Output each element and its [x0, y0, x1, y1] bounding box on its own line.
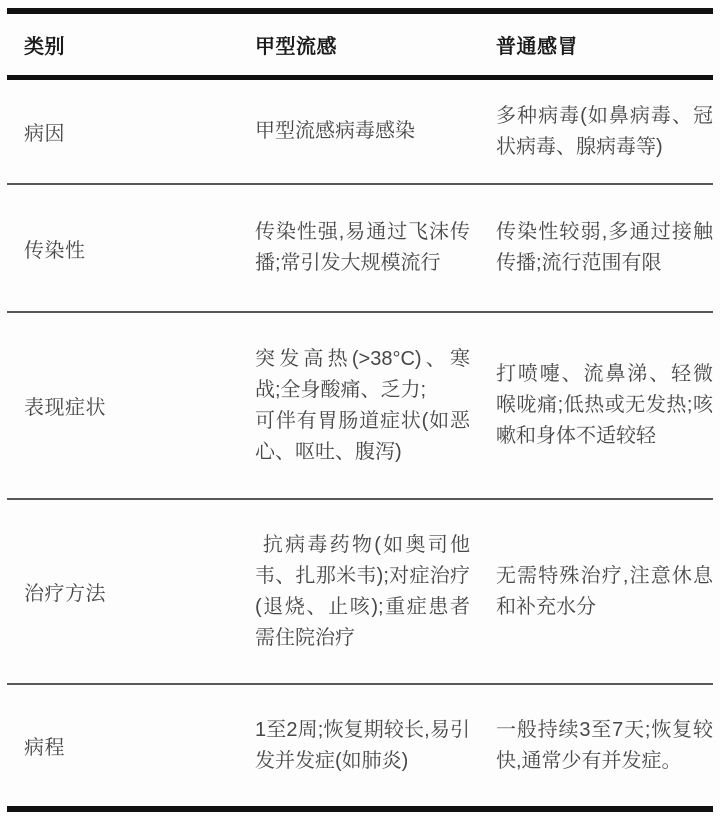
header-influenza-a: 甲型流感	[255, 30, 489, 59]
row-label-symptoms: 表现症状	[7, 391, 255, 420]
influenza-a-infectivity-cell: 传染性强,易通过飞沫传播;常引发大规模流行	[255, 217, 489, 279]
table-row-infectivity: 传染性 传染性强,易通过飞沫传播;常引发大规模流行 传染性较弱,多通过接触传播;…	[7, 185, 713, 313]
common-cold-symptoms-cell: 打喷嚏、流鼻涕、轻微喉咙痛;低热或无发热;咳嗽和身体不适较轻	[489, 359, 713, 452]
common-cold-treatment-cell: 无需特殊治疗,注意休息和补充水分	[489, 561, 713, 623]
common-cold-duration-cell: 一般持续3至7天;恢复较快,通常少有并发症。	[489, 715, 713, 777]
table-body: 病因 甲型流感病毒感染 多种病毒(如鼻病毒、冠状病毒、腺病毒等) 传染性 传染性…	[7, 80, 713, 812]
flu-vs-cold-comparison-table: 类别 甲型流感 普通感冒 病因 甲型流感病毒感染 多种病毒(如鼻病毒、冠状病毒、…	[7, 8, 713, 812]
table-row-duration: 病程 1至2周;恢复期较长,易引发并发症(如肺炎) 一般持续3至7天;恢复较快,…	[7, 685, 713, 806]
comparison-page: 类别 甲型流感 普通感冒 病因 甲型流感病毒感染 多种病毒(如鼻病毒、冠状病毒、…	[0, 8, 720, 812]
row-label-infectivity: 传染性	[7, 234, 255, 263]
common-cold-cause-cell: 多种病毒(如鼻病毒、冠状病毒、腺病毒等)	[489, 101, 713, 163]
row-label-cause: 病因	[7, 117, 255, 146]
table-row-symptoms: 表现症状 突发高热(>38°C)、寒战;全身酸痛、乏力; 可伴有胃肠道症状(如恶…	[7, 313, 713, 500]
influenza-a-duration-cell: 1至2周;恢复期较长,易引发并发症(如肺炎)	[255, 715, 489, 777]
row-label-treatment: 治疗方法	[7, 577, 255, 606]
influenza-a-cause-cell: 甲型流感病毒感染	[255, 116, 489, 147]
header-category: 类别	[7, 30, 255, 59]
row-label-duration: 病程	[7, 731, 255, 760]
table-row-cause: 病因 甲型流感病毒感染 多种病毒(如鼻病毒、冠状病毒、腺病毒等)	[7, 80, 713, 185]
influenza-a-symptoms-cell: 突发高热(>38°C)、寒战;全身酸痛、乏力; 可伴有胃肠道症状(如恶心、呕吐、…	[255, 344, 489, 468]
common-cold-infectivity-cell: 传染性较弱,多通过接触传播;流行范围有限	[489, 217, 713, 279]
header-common-cold: 普通感冒	[489, 30, 713, 59]
table-row-treatment: 治疗方法 抗病毒药物(如奥司他韦、扎那米韦);对症治疗(退烧、止咳);重症患者需…	[7, 500, 713, 685]
table-header-row: 类别 甲型流感 普通感冒	[7, 8, 713, 80]
influenza-a-treatment-cell: 抗病毒药物(如奥司他韦、扎那米韦);对症治疗(退烧、止咳);重症患者需住院治疗	[255, 530, 489, 654]
